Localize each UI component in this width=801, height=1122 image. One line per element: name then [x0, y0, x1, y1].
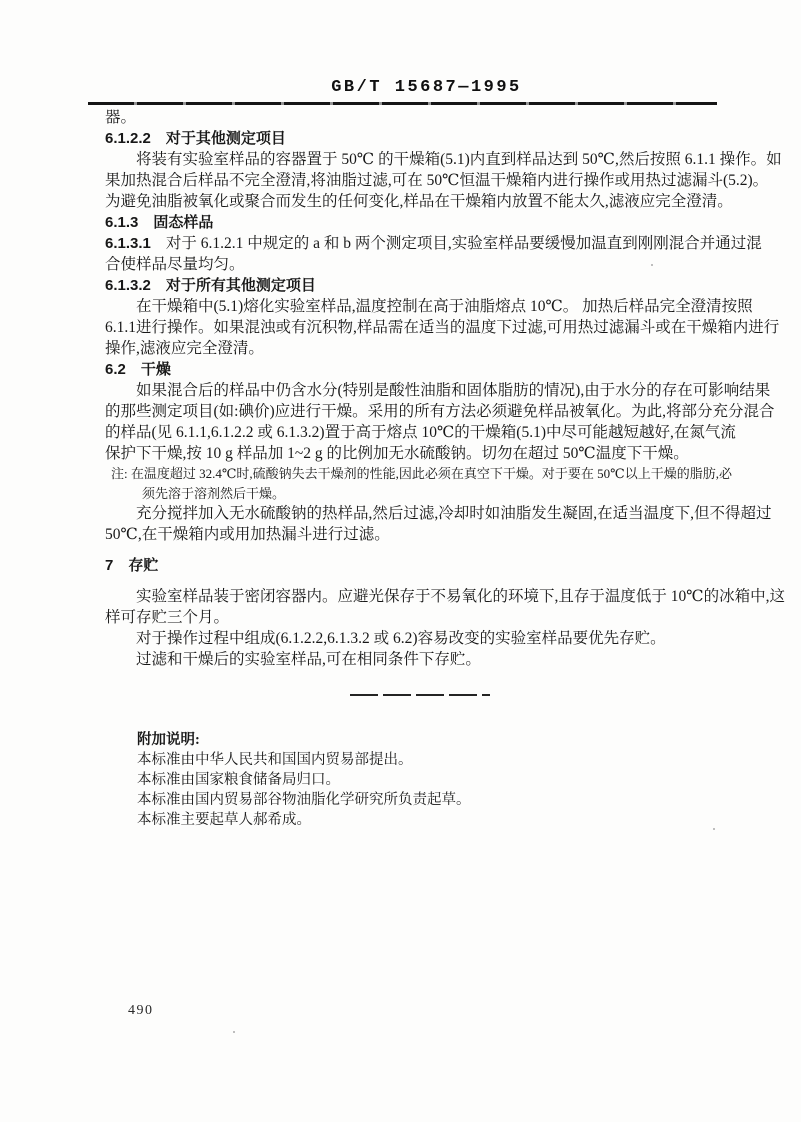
header-rule: [88, 102, 717, 105]
clause-number: 6.1.2.2: [105, 130, 151, 147]
body-text-line: 果加热混合后样品不完全澄清,将油脂过滤,可在 50℃恒温干燥箱内进行操作或用热过…: [105, 170, 737, 191]
annex-statement-line: 本标准由国家粮食储备局归口。: [105, 770, 737, 790]
clause-paragraph-line: 6.1.3.1对于 6.1.2.1 中规定的 a 和 b 两个测定项目,实验室样…: [105, 233, 737, 254]
clause-heading: 6.1.3固态样品: [105, 212, 737, 233]
body-text-line: 对于操作过程中组成(6.1.2.2,6.1.3.2 或 6.2)容易改变的实验室…: [105, 628, 737, 649]
clause-number: 6.1.3: [105, 214, 138, 231]
body-text-line: 在干燥箱中(5.1)熔化实验室样品,温度控制在高于油脂熔点 10℃。 加热后样品…: [105, 296, 737, 317]
scan-speck: [233, 1031, 235, 1033]
document-body: 器。6.1.2.2对于其他测定项目将装有实验室样品的容器置于 50℃ 的干燥箱(…: [105, 107, 737, 830]
page-number: 490: [128, 1003, 154, 1019]
clause-text: 固态样品: [153, 214, 213, 231]
annex-statement-line: 本标准由中华人民共和国国内贸易部提出。: [105, 750, 737, 770]
body-text-line: 的样品(见 6.1.1,6.1.2.2 或 6.1.3.2)置于高于熔点 10℃…: [105, 422, 737, 443]
body-text-line: 充分搅拌加入无水硫酸钠的热样品,然后过滤,冷却时如油脂发生凝固,在适当温度下,但…: [105, 503, 737, 524]
clause-number: 6.1.3.2: [105, 277, 151, 294]
clause-heading: 6.1.3.2对于所有其他测定项目: [105, 275, 737, 296]
body-text-line: 50℃,在干燥箱内或用加热漏斗进行过滤。: [105, 524, 737, 545]
body-text-line: 6.1.1进行操作。如果混浊或有沉积物,样品需在适当的温度下过滤,可用热过滤漏斗…: [105, 317, 737, 338]
section-separator: [105, 690, 737, 700]
clause-text: 对于 6.1.2.1 中规定的 a 和 b 两个测定项目,实验室样品要缓慢加温直…: [166, 235, 762, 252]
clause-text: 对于所有其他测定项目: [166, 277, 316, 294]
note-continuation-line: 须先溶于溶剂然后干燥。: [105, 484, 737, 503]
separator-dashes: [350, 694, 490, 696]
body-text-line: 保护下干燥,按 10 g 样品加 1~2 g 的比例加无水硫酸钠。切勿在超过 5…: [105, 443, 737, 464]
note-line: 注: 在温度超过 32.4℃时,硫酸钠失去干燥剂的性能,因此必须在真空下干燥。对…: [105, 464, 737, 484]
annex-heading: 附加说明:: [105, 730, 737, 750]
body-text-line: 过滤和干燥后的实验室样品,可在相同条件下存贮。: [105, 649, 737, 670]
body-text-line: 如果混合后的样品中仍含水分(特别是酸性油脂和固体脂肪的情况),由于水分的存在可影…: [105, 380, 737, 401]
body-text-line: 将装有实验室样品的容器置于 50℃ 的干燥箱(5.1)内直到样品达到 50℃,然…: [105, 149, 737, 170]
clause-text: 干燥: [141, 361, 171, 378]
clause-text: 对于其他测定项目: [166, 130, 286, 147]
scan-speck: [651, 264, 653, 266]
body-text-line: 样可存贮三个月。: [105, 607, 737, 628]
body-text-line: 操作,滤液应完全澄清。: [105, 338, 737, 359]
annex-statement-line: 本标准主要起草人郝希成。: [105, 810, 737, 830]
clause-number: 6.2: [105, 361, 126, 378]
standard-code: GB/T 15687—1995: [26, 78, 801, 97]
body-text-line: 的那些测定项目(如:碘价)应进行干燥。采用的所有方法必须避免样品被氧化。为此,将…: [105, 401, 737, 422]
scanned-document-page: GB/T 15687—1995 器。6.1.2.2对于其他测定项目将装有实验室样…: [0, 0, 801, 1122]
clause-text: 存贮: [128, 557, 158, 574]
section-heading: 7存贮: [105, 555, 737, 576]
body-text-line: 为避免油脂被氧化或聚合而发生的任何变化,样品在干燥箱内放置不能太久,滤液应完全澄…: [105, 191, 737, 212]
body-text-line: 器。: [105, 107, 737, 128]
body-text-line: 实验室样品装于密闭容器内。应避光保存于不易氧化的环境下,且存于温度低于 10℃的…: [105, 586, 737, 607]
clause-number: 6.1.3.1: [105, 235, 151, 252]
clause-number: 7: [105, 557, 113, 574]
body-text-line: 合使样品尽量均匀。: [105, 254, 737, 275]
scan-speck: [713, 828, 715, 830]
clause-heading: 6.1.2.2对于其他测定项目: [105, 128, 737, 149]
clause-heading: 6.2干燥: [105, 359, 737, 380]
annex-statement-line: 本标准由国内贸易部谷物油脂化学研究所负责起草。: [105, 790, 737, 810]
